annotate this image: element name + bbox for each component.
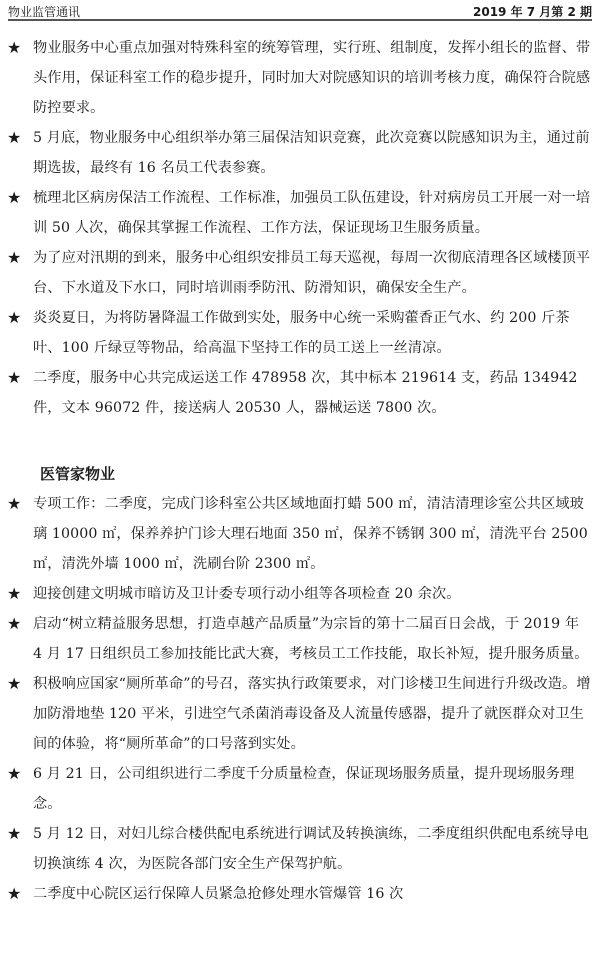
list-item: ★迎接创建文明城市暗访及卫计委专项行动小组等各项检查 20 余次。 xyxy=(0,579,600,609)
list-item: ★二季度，服务中心共完成运送工作 478958 次，其中标本 219614 支，… xyxy=(0,363,600,423)
star-icon: ★ xyxy=(7,669,21,699)
star-icon: ★ xyxy=(7,609,21,639)
section-property-service: ★物业服务中心重点加强对特殊科室的统筹管理，实行班、组制度，发挥小组长的监督、带… xyxy=(0,33,600,423)
star-icon: ★ xyxy=(7,183,21,213)
item-text: 迎接创建文明城市暗访及卫计委专项行动小组等各项检查 20 余次。 xyxy=(33,586,461,602)
list-item: ★二季度中心院区运行保障人员紧急抢修处理水管爆管 16 次 xyxy=(0,879,600,909)
item-text: 6 月 21 日，公司组织进行二季度千分质量检查，保证现场服务质量，提升现场服务… xyxy=(33,766,574,812)
list-item: ★梳理北区病房保洁工作流程、工作标准，加强员工队伍建设，针对病房员工开展一对一培… xyxy=(0,183,600,243)
item-text: 积极响应国家“厕所革命”的号召，落实执行政策要求，对门诊楼卫生间进行升级改造。增… xyxy=(33,676,591,752)
list-item: ★专项工作：二季度，完成门诊科室公共区域地面打蜡 500 ㎡，清洁清理诊室公共区… xyxy=(0,489,600,579)
star-icon: ★ xyxy=(7,33,21,63)
item-text: 专项工作：二季度，完成门诊科室公共区域地面打蜡 500 ㎡，清洁清理诊室公共区域… xyxy=(33,496,588,572)
list-item: ★积极响应国家“厕所革命”的号召，落实执行政策要求，对门诊楼卫生间进行升级改造。… xyxy=(0,669,600,759)
star-icon: ★ xyxy=(7,879,21,909)
list-item: ★炎炎夏日，为将防暑降温工作做到实处，服务中心统一采购藿香正气水、约 200 斤… xyxy=(0,303,600,363)
list-item: ★为了应对汛期的到来，服务中心组织安排员工每天巡视，每周一次彻底清理各区域楼顶平… xyxy=(0,243,600,303)
star-icon: ★ xyxy=(7,819,21,849)
issue-number: 2019 年 7 月第 2 期 xyxy=(473,3,592,20)
item-text: 二季度，服务中心共完成运送工作 478958 次，其中标本 219614 支，药… xyxy=(33,370,578,416)
page-content: ★物业服务中心重点加强对特殊科室的统筹管理，实行班、组制度，发挥小组长的监督、带… xyxy=(0,33,600,909)
star-icon: ★ xyxy=(7,123,21,153)
item-text: 5 月 12 日，对妇儿综合楼供配电系统进行调试及转换演练，二季度组织供配电系统… xyxy=(33,826,589,872)
list-item: ★5 月 12 日，对妇儿综合楼供配电系统进行调试及转换演练，二季度组织供配电系… xyxy=(0,819,600,879)
list-item: ★物业服务中心重点加强对特殊科室的统筹管理，实行班、组制度，发挥小组长的监督、带… xyxy=(0,33,600,123)
item-text: 二季度中心院区运行保障人员紧急抢修处理水管爆管 16 次 xyxy=(33,886,403,902)
list-item: ★5 月底，物业服务中心组织举办第三届保洁知识竞赛，此次竞赛以院感知识为主，通过… xyxy=(0,123,600,183)
section-medical-steward: 医管家物业 ★专项工作：二季度，完成门诊科室公共区域地面打蜡 500 ㎡，清洁清… xyxy=(0,459,600,909)
list-item: ★6 月 21 日，公司组织进行二季度千分质量检查，保证现场服务质量，提升现场服… xyxy=(0,759,600,819)
star-icon: ★ xyxy=(7,489,21,519)
star-icon: ★ xyxy=(7,363,21,393)
star-icon: ★ xyxy=(7,579,21,609)
page-header: 物业监管通讯 2019 年 7 月第 2 期 xyxy=(8,0,592,21)
star-icon: ★ xyxy=(7,759,21,789)
item-text: 炎炎夏日，为将防暑降温工作做到实处，服务中心统一采购藿香正气水、约 200 斤茶… xyxy=(33,310,570,356)
item-text: 物业服务中心重点加强对特殊科室的统筹管理，实行班、组制度，发挥小组长的监督、带头… xyxy=(33,40,590,116)
list-item: ★启动“树立精益服务思想，打造卓越产品质量”为宗旨的第十二届百日会战，于 201… xyxy=(0,609,600,669)
item-text: 启动“树立精益服务思想，打造卓越产品质量”为宗旨的第十二届百日会战，于 2019… xyxy=(33,616,589,662)
item-text: 为了应对汛期的到来，服务中心组织安排员工每天巡视，每周一次彻底清理各区域楼顶平台… xyxy=(33,250,590,296)
star-icon: ★ xyxy=(7,243,21,273)
section-title: 医管家物业 xyxy=(0,459,600,489)
item-text: 5 月底，物业服务中心组织举办第三届保洁知识竞赛，此次竞赛以院感知识为主，通过前… xyxy=(33,130,590,176)
newsletter-title: 物业监管通讯 xyxy=(8,3,80,20)
item-text: 梳理北区病房保洁工作流程、工作标准，加强员工队伍建设，针对病房员工开展一对一培训… xyxy=(33,190,590,236)
star-icon: ★ xyxy=(7,303,21,333)
